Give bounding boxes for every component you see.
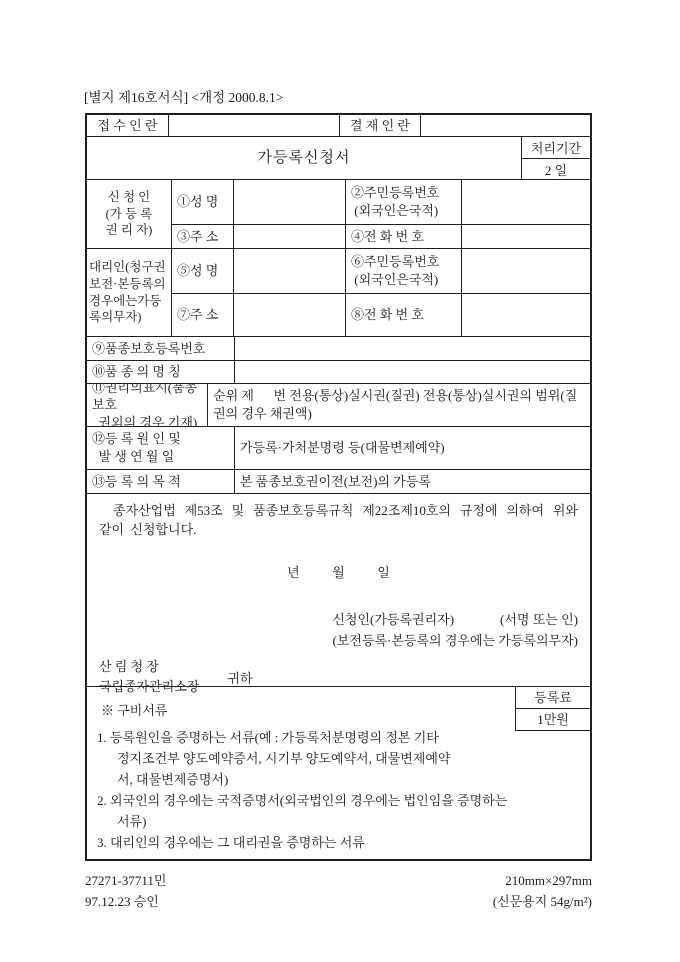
registration-cause-label: ⑫등 록 원 인 및 발 생 연 월 일 [87,427,234,469]
applicant-regno-label: ②주민등록번호 (외국인은국적) [345,180,461,224]
applicant-address-label: ③주 소 [171,225,233,248]
registration-fee-label: 등록료 [516,687,590,709]
footer-form-number: 27271-37711민 [85,870,166,891]
scanned-form-page: [별지 제16호서식] <개정 2000.8.1> 접 수 인 란 결 재 인 … [0,0,680,962]
receipt-stamp-area [168,115,339,136]
applicant-group-label: 신 청 인 (가 등 록 권 리 자) [87,180,171,248]
agent-address-row: ⑦주 소 ⑧전 화 번 호 [171,293,590,336]
agent-section: 대리인(청구권 보전·본등록의 경우에는가등 록의무자) ⑤성 명 ⑥주민등록번… [87,248,590,336]
addressee-forest-service: 산 림 청 장 [99,657,199,677]
agent-address-label: ⑦주 소 [171,294,233,336]
applicant-phone-value [461,225,590,248]
date-line: 년 월 일 [99,563,578,582]
processing-period-label: 처리기간 [522,137,590,159]
rights-indication-label: ⑪권리의표시(품종보호 권외의 경우 기재) [87,384,207,426]
registration-purpose-value: 본 품종보호권이전(보전)의 가등록 [234,470,590,493]
applicant-regno-value [461,180,590,224]
registration-purpose-label: ⑬등 록 의 목 적 [87,470,234,493]
footer-paper-weight: (신문용지 54g/m²) [493,891,592,912]
title-row: 가등록신청서 처리기간 2 일 [87,136,590,179]
agent-name-label: ⑤성 명 [171,249,233,293]
protection-regno-value [234,337,590,360]
variety-name-row: ⑩품 종 의 명 칭 [87,360,590,383]
declaration-statement: 종자산업법 제53조 및 품종보호등록규칙 제22조제10호의 규정에 의하여 … [99,501,578,539]
agent-phone-value [461,294,590,336]
variety-name-value [234,361,590,383]
approval-stamp-area [420,115,590,136]
form-reference: [별지 제16호서식] <개정 2000.8.1> [84,86,680,106]
applicant-address-row: ③주 소 ④전 화 번 호 [171,224,590,248]
applicant-fields: ①성 명 ②주민등록번호 (외국인은국적) ③주 소 ④전 화 번 호 [171,180,590,248]
required-documents-section: 등록료 1만원 ※ 구비서류 1. 등록원인을 증명하는 서류(예 : 가등록처… [87,686,590,859]
footer-form-number-block: 27271-37711민 97.12.23 승인 [85,870,166,912]
agent-name-value [233,249,345,293]
registration-fee-box: 등록료 1만원 [515,687,590,731]
agent-name-row: ⑤성 명 ⑥주민등록번호 (외국인은국적) [171,249,590,293]
agent-fields: ⑤성 명 ⑥주민등록번호 (외국인은국적) ⑦주 소 ⑧전 화 번 호 [171,249,590,336]
applicant-name-row: ①성 명 ②주민등록번호 (외국인은국적) [171,180,590,224]
signer-alternate-note: (보전등록·본등록의 경우에는 가등록의무자) [99,631,578,650]
applicant-name-value [233,180,345,224]
protection-regno-row: ⑨품종보호등록번호 [87,336,590,360]
required-document-item: 3. 대리인의 경우에는 그 대리권을 증명하는 서류 [97,832,582,853]
agent-regno-value [461,249,590,293]
application-form-table: 접 수 인 란 결 재 인 란 가등록신청서 처리기간 2 일 신 청 인 (가… [85,113,592,861]
footer-approval-date: 97.12.23 승인 [85,891,166,912]
agent-phone-label: ⑧전 화 번 호 [345,294,461,336]
applicant-address-value [233,225,345,248]
footer-paper-size: 210mm×297mm [493,870,592,891]
agent-address-value [233,294,345,336]
signer-label: 신청인(가등록권리자) [332,610,454,629]
applicant-phone-label: ④전 화 번 호 [345,225,461,248]
variety-name-label: ⑩품 종 의 명 칭 [87,361,234,383]
protection-regno-label: ⑨품종보호등록번호 [87,337,234,360]
registration-cause-row: ⑫등 록 원 인 및 발 생 연 월 일 가등록·가처분명령 등(대물변제예약) [87,426,590,469]
applicant-section: 신 청 인 (가 등 록 권 리 자) ①성 명 ②주민등록번호 (외국인은국적… [87,179,590,248]
form-footer: 27271-37711민 97.12.23 승인 210mm×297mm (신문… [85,870,592,912]
approval-stamp-label: 결 재 인 란 [339,115,420,136]
agent-group-label: 대리인(청구권 보전·본등록의 경우에는가등 록의무자) [87,249,171,336]
addressee-honorific: 귀하 [227,668,252,687]
processing-period-column: 처리기간 2 일 [521,137,590,179]
processing-period-value: 2 일 [522,159,590,179]
required-document-item: 2. 외국인의 경우에는 국적증명서(외국법인의 경우에는 법인임을 증명하는 … [97,790,582,832]
rights-indication-value: 순위 제 번 전용(통상)실시권(질권) 전용(통상)실시권의 범위(질권의 경… [207,384,590,426]
registration-fee-value: 1만원 [516,709,590,730]
signature-or-seal-note: (서명 또는 인) [500,610,578,629]
agent-regno-label: ⑥주민등록번호 (외국인은국적) [345,249,461,293]
receipt-stamp-label: 접 수 인 란 [87,115,168,136]
declaration-section: 종자산업법 제53조 및 품종보호등록규칙 제22조제10호의 규정에 의하여 … [87,493,590,686]
footer-paper-spec-block: 210mm×297mm (신문용지 54g/m²) [493,870,592,912]
applicant-name-label: ①성 명 [171,180,233,224]
registration-cause-value: 가등록·가처분명령 등(대물변제예약) [234,427,590,469]
stamp-row: 접 수 인 란 결 재 인 란 [87,115,590,136]
rights-indication-row: ⑪권리의표시(품종보호 권외의 경우 기재) 순위 제 번 전용(통상)실시권(… [87,383,590,426]
required-document-item: 1. 등록원인을 증명하는 서류(예 : 가등록처분명령의 정본 기타 정지조건… [97,727,582,790]
signature-line: 신청인(가등록권리자) (서명 또는 인) [99,610,578,629]
form-title: 가등록신청서 [87,137,521,179]
registration-purpose-row: ⑬등 록 의 목 적 본 품종보호권이전(보전)의 가등록 [87,469,590,493]
required-documents-list: 1. 등록원인을 증명하는 서류(예 : 가등록처분명령의 정본 기타 정지조건… [87,725,590,859]
